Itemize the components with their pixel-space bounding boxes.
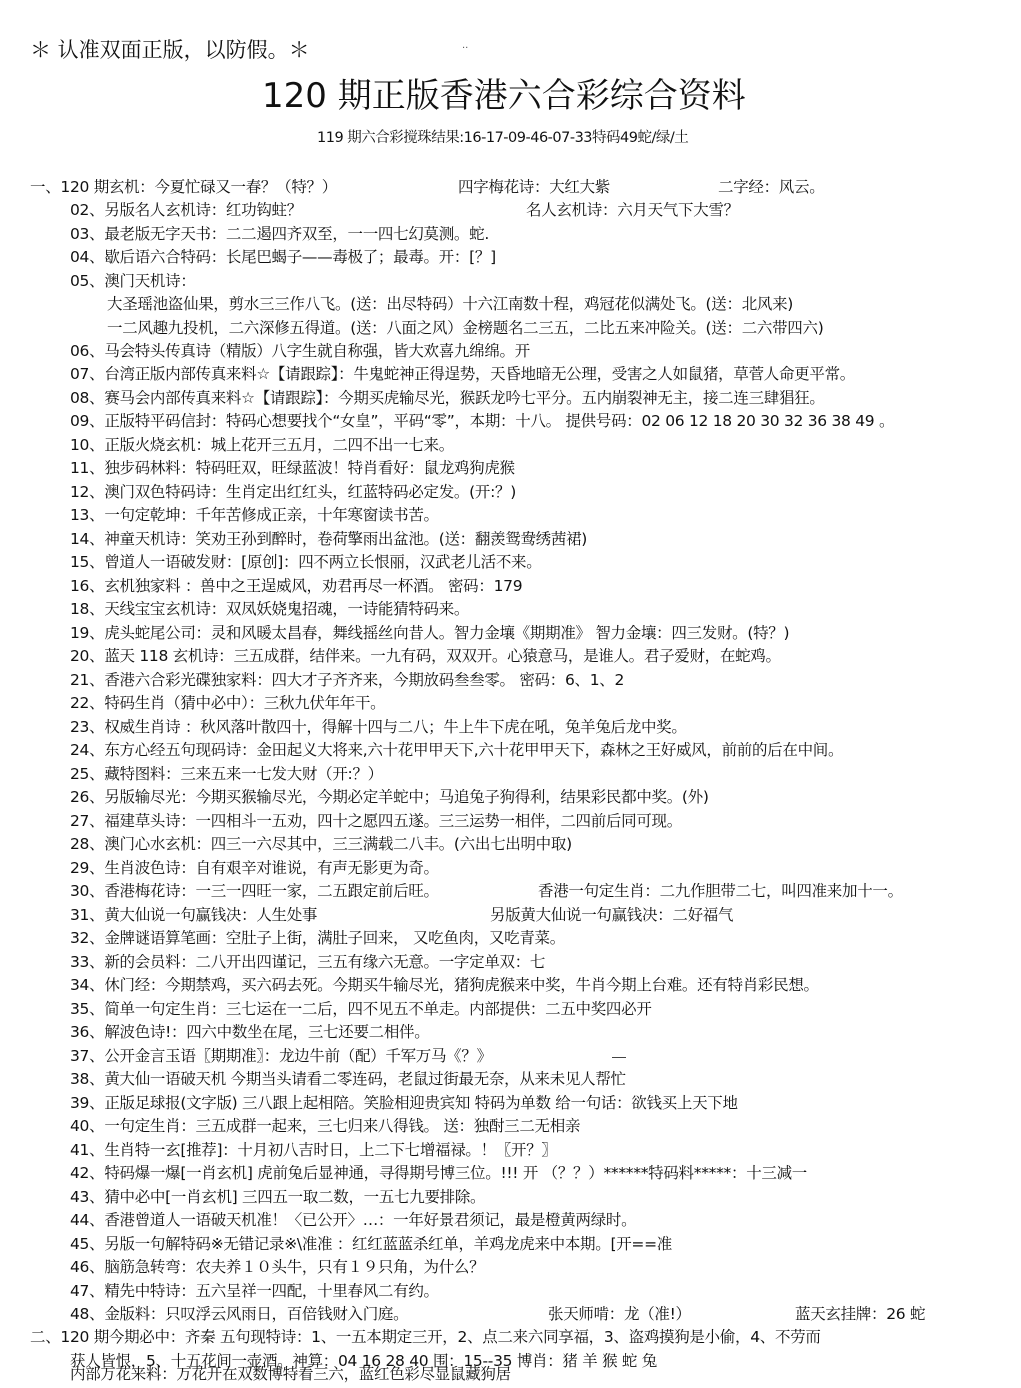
item-42: 42、特码爆一爆[一肖玄机] 虎前兔后显神通，寻得期号博三位。!!! 开 （？？… — [70, 1163, 807, 1183]
item-30-zodiac-line: 香港一句定生肖：二九作胆带二七，叫四准来加十一。 — [538, 881, 903, 901]
item-20: 20、蓝天 118 玄机诗：三五成群，结伴来。一九有码，双双开。心猿意马，是谁人… — [70, 646, 781, 666]
item-01-mystery: 一、120 期玄机：今夏忙碌又一春？（特？） — [30, 177, 337, 197]
item-19: 19、虎头蛇尾公司：灵和风暖太昌春，舞线摇丝向昔人。智力金壤《期期准》 智力金壤… — [70, 623, 789, 643]
item-45: 45、另版一句解特码※无错记录※\准准 ：红红蓝蓝杀红单，羊鸡龙虎来中本期。[开… — [70, 1234, 672, 1254]
item-01-plum-poem: 四字梅花诗：大红大紫 — [458, 177, 610, 197]
item-48-gold-edition: 48、金版料：只叹浮云风雨日，百倍钱财入门庭。 — [70, 1304, 408, 1324]
item-24: 24、东方心经五句现码诗：金田起义大将来,六十花甲甲天下,六十花甲甲天下，森林之… — [70, 740, 843, 760]
item-40: 40、一句定生肖：三五成群一起来，三七归来八得钱。 送：独酎三二无相亲 — [70, 1116, 580, 1136]
item-29: 29、生肖波色诗：自有艰辛对谁说，有声无影更为奇。 — [70, 858, 439, 878]
item-05: 05、澳门天机诗： — [70, 271, 196, 291]
item-12: 12、澳门双色特码诗：生肖定出红红头，红蓝特码必定发。(开:？) — [70, 482, 516, 502]
item-37: 37、公开金言玉语〖期期准〗：龙边牛前（配）千军万马《？》 — [70, 1046, 492, 1066]
item-28: 28、澳门心水玄机：四三一六尽其中，三三满载二八丰。(六出七出明中取) — [70, 834, 572, 854]
item-10: 10、正版火烧玄机：城上花开三五月，二四不出一七来。 — [70, 435, 454, 455]
item-44: 44、香港曾道人一语破天机准！〈已公开〉…：一年好景君须记，最是橙黄两绿时。 — [70, 1210, 636, 1230]
item-06: 06、马会特头传真诗（精版）八字生就自称强，皆大欢喜九绵绵。开 — [70, 341, 530, 361]
item-26: 26、另版输尽光：今期买猴输尽光，今期必定羊蛇中；马追兔子狗得利，结果彩民都中奖… — [70, 787, 709, 807]
item-13: 13、一句定乾坤：千年苦修成正亲，十年寒窗读书苦。 — [70, 505, 439, 525]
item-43: 43、猜中必中[一肖玄机] 三四五一取二数，一五七九要排除。 — [70, 1187, 485, 1207]
item-31-wong-tai-sin: 31、黄大仙说一句赢钱决：人生处事 — [70, 905, 317, 925]
item-15: 15、曾道人一语破发财：[原创]：四不两立长恨丽，汉武老儿活不来。 — [70, 552, 541, 572]
item-32: 32、金牌谜语算笔画：空肚子上街，满肚子回来， 又吃鱼肉，又吃青菜。 — [70, 928, 565, 948]
item-36: 36、解波色诗!：四六中数坐在尾，三七还要二相伴。 — [70, 1022, 429, 1042]
item-48-blue-sky-sign: 蓝天玄挂牌：26 蛇 — [795, 1304, 925, 1324]
item-46: 46、脑筋急转弯：农夫养１０头牛，只有１９只角，为什么？ — [70, 1257, 484, 1277]
item-16: 16、玄机独家料 ：兽中之王逞威风，劝君再尽一杯酒。 密码：179 — [70, 576, 522, 596]
item-31-alt-wong-tai-sin: 另版黄大仙说一句赢钱决：二好福气 — [490, 905, 733, 925]
item-23: 23、权威生肖诗 ：秋风落叶散四十，得解十四与二八；牛上牛下虎在吼，兔羊兔后龙中… — [70, 717, 687, 737]
item-35: 35、简单一句定生肖：三七运在一二后，四不见五不单走。内部提供：二五中奖四必开 — [70, 999, 652, 1019]
item-05-verse-1: 大圣瑶池盗仙果，剪水三三作八飞。(送：出尽特码）十六江南数十程，鸡冠花似满处飞。… — [107, 294, 793, 314]
item-22: 22、特码生肖（猜中必中）：三秋九伏年年干。 — [70, 693, 385, 713]
item-39: 39、正版足球报(文字版) 三八跟上起相陪。笑脸相迎贵宾知 特码为单数 给一句话… — [70, 1093, 738, 1113]
item-08: 08、赛马会内部传真来料☆【请跟踪】：今期买虎输尽光，猴跃龙吟七平分。五内崩裂神… — [70, 388, 825, 408]
page-title: 120 期正版香港六合彩综合资料 — [262, 68, 746, 117]
item-30-plum-poem: 30、香港梅花诗：一三一四旺一家，二五跟定前后旺。 — [70, 881, 439, 901]
previous-draw-result: 119 期六合彩搅珠结果:16-17-09-46-07-33特码49蛇/绿/土 — [317, 126, 688, 147]
item-21: 21、香港六合彩光碟独家料：四大才子齐齐来，今期放码叁叁零。 密码：6、1、2 — [70, 670, 624, 690]
section-two-line-1: 二、120 期今期必中：齐秦 五句现特诗：1、一五本期定三开，2、点二来六同享福… — [30, 1327, 821, 1347]
item-09: 09、正版特平码信封：特码心想要找个“女皇”，平码“零”，本期：十八。 提供号码… — [70, 411, 894, 431]
item-14: 14、神童天机诗：笑劝王孙到醉时，卷荷擎雨出盆池。(送：翻羡鸳鸯绣茜裙) — [70, 529, 587, 549]
item-07: 07、台湾正版内部传真来料☆【请跟踪】：牛鬼蛇神正得逞势，天昏地暗无公理，受害之… — [70, 364, 855, 384]
item-48-zhang-tianshi: 张天师啃：龙（准!） — [548, 1304, 691, 1324]
item-41: 41、生肖特一玄[推荐]：十月初八吉时日，上二下七增福禄。！〖开？〗 — [70, 1140, 557, 1160]
item-38: 38、黄大仙一语破天机 今期当头请看二零连码，老鼠过街最无奈，从来未见人帮忙 — [70, 1069, 626, 1089]
notice-text: ＊ 认准双面正版，以防假。＊ — [30, 34, 310, 64]
decorative-dots: .. — [462, 40, 468, 51]
stray-dash-mark — [612, 1057, 626, 1058]
item-27: 27、福建草头诗：一四相斗一五劝，四十之愿四五遂。三三运势一相伴，二四前后同可现… — [70, 811, 682, 831]
section-two-line-3: 内部万花来料：万花开在双数博特看三六，蓝红色彩尽显鼠藏狗居 — [70, 1364, 511, 1384]
item-33: 33、新的会员料：二八开出四谨记，三五有缘六无意。一字定单双：七 — [70, 952, 545, 972]
item-47: 47、精先中特诗：五六呈祥一四配，十里春风二有约。 — [70, 1281, 439, 1301]
item-02-alt-poem: 02、另版名人玄机诗：红功钩蛀？ — [70, 200, 302, 220]
item-11: 11、独步码林料：特码旺双，旺绿蓝波！特肖看好：鼠龙鸡狗虎猴 — [70, 458, 515, 478]
item-03: 03、最老版无字天书：二二遏四齐双至，一一四七幻莫测。蛇. — [70, 224, 489, 244]
item-18: 18、天线宝宝玄机诗：双凤妖娆鬼招魂，一诗能猜特码来。 — [70, 599, 469, 619]
item-05-verse-2: 一二风趣九投机，二六深修五得道。(送：八面之风）金榜题名二三五，二比五来冲险关。… — [107, 318, 823, 338]
item-34: 34、休门经：今期禁鸡，买六码去死。今期买牛输尽光，猪狗虎猴来中奖，牛肖今期上台… — [70, 975, 819, 995]
item-25: 25、藏特图料：三来五来一七发大财（开:？） — [70, 764, 383, 784]
item-04: 04、歇后语六合特码：长尾巴蝎子——毒极了；最毒。开：[？] — [70, 247, 496, 267]
item-02-celebrity-poem: 名人玄机诗：六月天气下大雪？ — [526, 200, 739, 220]
item-01-two-words: 二字经：风云。 — [718, 177, 824, 197]
